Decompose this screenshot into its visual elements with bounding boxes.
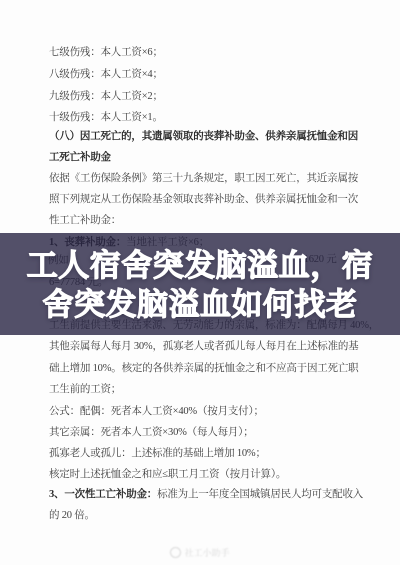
- doc-line-grade-8: 八级伤残：本人工资×4；: [49, 68, 163, 81]
- doc-line-death-subsidy-cont: 的 20 倍。: [49, 509, 95, 522]
- doc-line-grade-9: 九级伤残：本人工资×2；: [49, 90, 163, 103]
- headline-line-2: 舍突发脑溢血如何找老: [0, 285, 400, 324]
- section-heading-line2: 工死亡补助金: [49, 151, 111, 164]
- section-heading-line1: （八）因工死亡的，其遗属领取的丧葬补助金、供养亲属抚恤金和因: [49, 130, 358, 143]
- doc-line-regulation-2: 照下列规定从工伤保险基金领取丧葬补助金、供养亲属抚恤金和一次: [49, 193, 358, 206]
- doc-line-formula-orphan: 孤寡老人或孤儿：上述标准的基础上增加 10%；: [49, 447, 266, 460]
- doc-line-grade-10: 十级伤残：本人工资×1。: [49, 111, 163, 124]
- doc-line-formula-spouse: 公式：配偶：死者本人工资×40%（按月支付）；: [49, 405, 264, 418]
- doc-line-dependents-2: 础上增加 10%。核定的各供养亲属的抚恤金之和不应高于因工死亡职: [49, 362, 358, 375]
- death-subsidy-label: 3、一次性工亡补助金：: [49, 489, 157, 500]
- doc-line-grade-7: 七级伤残：本人工资×6；: [49, 46, 163, 59]
- doc-line-formula-relative: 其它亲属：死者本人工资×30%（每人每月）；: [49, 426, 254, 439]
- death-subsidy-value: 标准为上一年度全国城镇居民人均可支配收入: [157, 489, 363, 500]
- watermark-logo-icon: [170, 547, 181, 558]
- document-page: 七级伤残：本人工资×6； 八级伤残：本人工资×4； 九级伤残：本人工资×2； 十…: [0, 0, 400, 565]
- doc-line-dependents-3: 工生前的工资；: [49, 383, 121, 396]
- doc-line-dependents-1: 其他亲属每人每月 30%，孤寡老人或者孤儿每人每月在上述标准的基: [49, 340, 358, 353]
- article-headline: 工人宿舍突发脑溢血，宿 舍突发脑溢血如何找老: [0, 246, 400, 324]
- doc-line-formula-cap: 核定时上述抚恤金之和应≤职工月工资（按月计算）。: [49, 468, 286, 481]
- doc-line-death-subsidy: 3、一次性工亡补助金：标准为上一年度全国城镇居民人均可支配收入: [49, 488, 363, 501]
- headline-line-1: 工人宿舍突发脑溢血，宿: [0, 246, 400, 285]
- watermark-text: 社工小助手: [184, 546, 229, 559]
- doc-line-regulation-1: 依据《工伤保险条例》第三十九条规定，职工因工死亡，其近亲属按: [49, 172, 358, 185]
- watermark: 社工小助手: [0, 546, 400, 559]
- doc-line-regulation-3: 性工亡补助金：: [49, 214, 121, 227]
